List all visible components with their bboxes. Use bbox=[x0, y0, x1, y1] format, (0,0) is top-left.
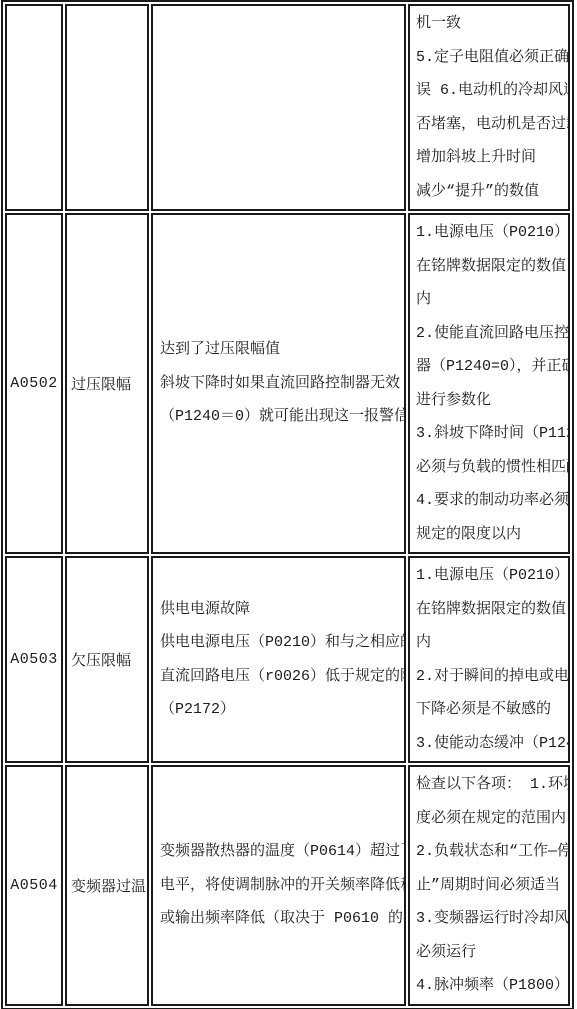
fault-cause-cell bbox=[151, 4, 406, 211]
text-line: 下降必须是不敏感的 bbox=[416, 693, 567, 727]
text-line: 电平，将使调制脉冲的开关频率降低和/ bbox=[160, 869, 404, 903]
fault-code-cell: A0504 bbox=[5, 765, 63, 1006]
fault-cause-cell: 变频器散热器的温度（P0614）超过了报警电平，将使调制脉冲的开关频率降低和/或… bbox=[151, 765, 406, 1006]
fault-cause-cell: 供电电源故障供电电源电压（P0210）和与之相应的直流回路电压（r0026）低于… bbox=[151, 556, 406, 763]
text-line: 内 bbox=[416, 283, 567, 317]
text-line: 3.变频器运行时冷却风机 bbox=[416, 902, 567, 936]
text-line: 必须运行 bbox=[416, 936, 567, 970]
fault-code-cell: A0502 bbox=[5, 213, 63, 554]
text-line: 1.电源电压（P0210）必须 bbox=[416, 216, 567, 250]
table-row: A0504 变频器过温 变频器散热器的温度（P0614）超过了报警电平，将使调制… bbox=[5, 765, 570, 1006]
fault-remedy-cell: 1.电源电压（P0210）必须在铭牌数据限定的数值以内2.对于瞬间的掉电或电压下… bbox=[408, 556, 570, 763]
fault-table-body: 机一致5.定子电阻值必须正确无误 6.电动机的冷却风道是否堵塞，电动机是否过载增… bbox=[5, 4, 570, 1006]
text-line: 增加斜坡上升时间 bbox=[416, 141, 567, 175]
fault-code-table: 机一致5.定子电阻值必须正确无误 6.电动机的冷却风道是否堵塞，电动机是否过载增… bbox=[1, 0, 574, 1009]
text-line: 2.负载状态和“工作—停 bbox=[416, 835, 567, 869]
text-line: 检查以下各项： 1.环境温 bbox=[416, 768, 567, 802]
text-line: 否堵塞，电动机是否过载 bbox=[416, 108, 567, 142]
text-line: （P1240＝0）就可能出现这一报警信号 bbox=[160, 400, 404, 434]
text-line: 4.脉冲频率（P1800）必须 bbox=[416, 969, 567, 1003]
text-line: 误 6.电动机的冷却风道是 bbox=[416, 74, 567, 108]
text-line: 4.要求的制动功率必须在 bbox=[416, 484, 567, 518]
text-line: 直流回路电压（r0026）低于规定的限定值 bbox=[160, 660, 404, 694]
text-line: 达到了过压限幅值 bbox=[160, 333, 404, 367]
text-line: （P2172） bbox=[160, 693, 404, 727]
text-line: 或输出频率降低（取决于 P0610 的参数化） bbox=[160, 902, 404, 936]
text-line: 2.对于瞬间的掉电或电压 bbox=[416, 660, 567, 694]
text-line: 机一致 bbox=[416, 7, 567, 41]
fault-code-cell bbox=[5, 4, 63, 211]
fault-remedy-cell: 检查以下各项： 1.环境温度必须在规定的范围内2.负载状态和“工作—停止”周期时… bbox=[408, 765, 570, 1006]
text-line: 1.电源电压（P0210）必须 bbox=[416, 559, 567, 593]
text-line: 3.使能动态缓冲（P1240=2） bbox=[416, 727, 567, 761]
text-line: 减少“提升”的数值 bbox=[416, 175, 567, 209]
text-line: 器（P1240=0），并正确地 bbox=[416, 350, 567, 384]
table-row: 机一致5.定子电阻值必须正确无误 6.电动机的冷却风道是否堵塞，电动机是否过载增… bbox=[5, 4, 570, 211]
fault-name-cell: 变频器过温 bbox=[65, 765, 149, 1006]
fault-name-cell bbox=[65, 4, 149, 211]
text-line: 供电电源电压（P0210）和与之相应的 bbox=[160, 626, 404, 660]
fault-name-cell: 欠压限幅 bbox=[65, 556, 149, 763]
text-line: 5.定子电阻值必须正确无 bbox=[416, 41, 567, 75]
document-page: 机一致5.定子电阻值必须正确无误 6.电动机的冷却风道是否堵塞，电动机是否过载增… bbox=[0, 0, 577, 1009]
text-line: 斜坡下降时如果直流回路控制器无效 bbox=[160, 367, 404, 401]
text-line: 度必须在规定的范围内 bbox=[416, 802, 567, 836]
text-line: 规定的限度以内 bbox=[416, 518, 567, 552]
text-line: 进行参数化 bbox=[416, 384, 567, 418]
text-line: 在铭牌数据限定的数值以 bbox=[416, 250, 567, 284]
fault-remedy-cell: 1.电源电压（P0210）必须在铭牌数据限定的数值以内2.使能直流回路电压控制器… bbox=[408, 213, 570, 554]
fault-cause-cell: 达到了过压限幅值斜坡下降时如果直流回路控制器无效（P1240＝0）就可能出现这一… bbox=[151, 213, 406, 554]
text-line: 止”周期时间必须适当 bbox=[416, 869, 567, 903]
text-line: 供电电源故障 bbox=[160, 593, 404, 627]
text-line: 变频器散热器的温度（P0614）超过了报警 bbox=[160, 835, 404, 869]
text-line: 必须与负载的惯性相匹配 bbox=[416, 451, 567, 485]
fault-remedy-cell: 机一致5.定子电阻值必须正确无误 6.电动机的冷却风道是否堵塞，电动机是否过载增… bbox=[408, 4, 570, 211]
text-line: 内 bbox=[416, 626, 567, 660]
text-line: 2.使能直流回路电压控制 bbox=[416, 317, 567, 351]
fault-code-cell: A0503 bbox=[5, 556, 63, 763]
table-row: A0502 过压限幅 达到了过压限幅值斜坡下降时如果直流回路控制器无效（P124… bbox=[5, 213, 570, 554]
text-line: 3.斜坡下降时间（P1121） bbox=[416, 417, 567, 451]
text-line: 在铭牌数据限定的数值以 bbox=[416, 593, 567, 627]
table-row: A0503 欠压限幅 供电电源故障供电电源电压（P0210）和与之相应的直流回路… bbox=[5, 556, 570, 763]
fault-name-cell: 过压限幅 bbox=[65, 213, 149, 554]
